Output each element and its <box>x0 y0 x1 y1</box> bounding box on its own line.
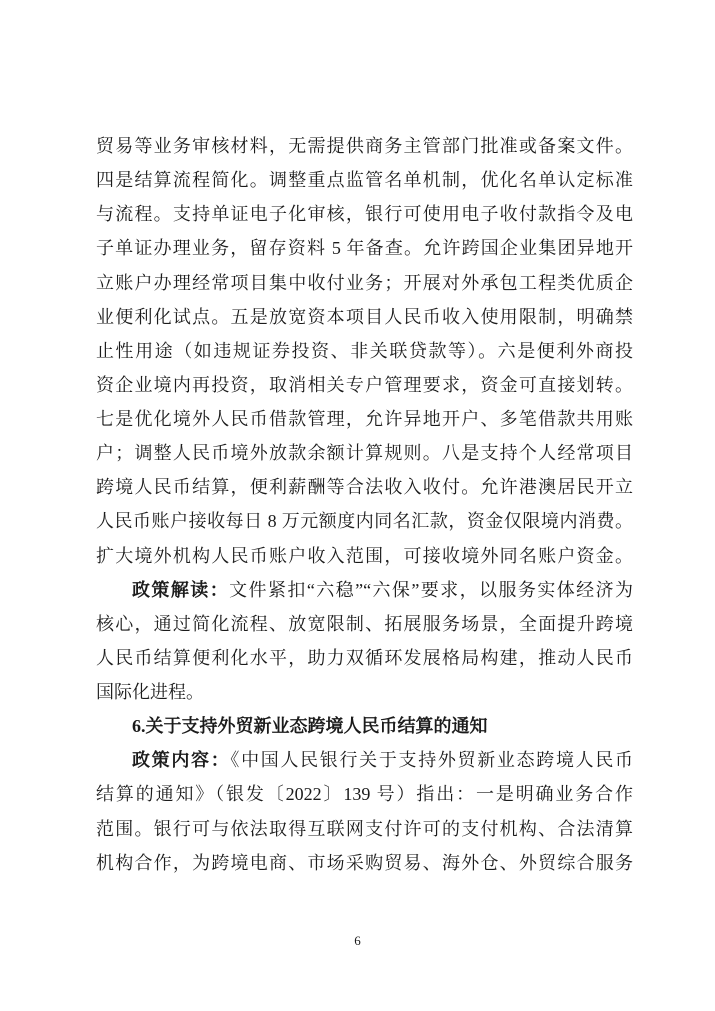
text-line: 国际化进程。 <box>96 675 633 709</box>
text-line: 机构合作，为跨境电商、市场采购贸易、海外仓、外贸综合服务 <box>96 846 633 880</box>
run-label-policy-interpretation: 政策解读： <box>132 580 229 600</box>
text-line: 范围。银行可与依法取得互联网支付许可的支付机构、合法清算 <box>96 812 633 846</box>
text-line: 业便利化试点。五是放宽资本项目人民币收入使用限制，明确禁 <box>96 300 633 334</box>
text-block: 贸易等业务审核材料，无需提供商务主管部门批准或备案文件。 四是结算流程简化。调整… <box>96 129 633 880</box>
text-line: 人民币结算便利化水平，助力双循环发展格局构建，推动人民币 <box>96 641 633 675</box>
text-line: 四是结算流程简化。调整重点监管名单机制，优化名单认定标准 <box>96 163 633 197</box>
text-line: 立账户办理经常项目集中收付业务；开展对外承包工程类优质企 <box>96 266 633 300</box>
text-line: 止性用途（如违规证券投资、非关联贷款等）。六是便利外商投 <box>96 334 633 368</box>
policy-interpretation-line: 政策解读：文件紧扣“六稳”“六保”要求，以服务实体经济为 <box>96 573 633 607</box>
policy-content-line: 政策内容：《中国人民银行关于支持外贸新业态跨境人民币 <box>96 743 633 777</box>
page-number: 6 <box>0 933 715 949</box>
text-line: 子单证办理业务，留存资料 5 年备查。允许跨国企业集团异地开 <box>96 231 633 265</box>
run-text: 文件紧扣“六稳”“六保”要求，以服务实体经济为 <box>229 580 633 600</box>
text-line: 贸易等业务审核材料，无需提供商务主管部门批准或备案文件。 <box>96 129 633 163</box>
text-line: 结算的通知》（银发〔2022〕139 号）指出：一是明确业务合作 <box>96 777 633 811</box>
text-line: 扩大境外机构人民币账户收入范围，可接收境外同名账户资金。 <box>96 539 633 573</box>
text-line: 资企业境内再投资，取消相关专户管理要求，资金可直接划转。 <box>96 368 633 402</box>
text-line: 核心，通过简化流程、放宽限制、拓展服务场景，全面提升跨境 <box>96 607 633 641</box>
document-page: 贸易等业务审核材料，无需提供商务主管部门批准或备案文件。 四是结算流程简化。调整… <box>0 0 715 1011</box>
text-line: 七是优化境外人民币借款管理，允许异地开户、多笔借款共用账 <box>96 402 633 436</box>
section-heading-line: 6.关于支持外贸新业态跨境人民币结算的通知 <box>96 709 633 743</box>
text-line: 户；调整人民币境外放款余额计算规则。八是支持个人经常项目 <box>96 436 633 470</box>
text-line: 人民币账户接收每日 8 万元额度内同名汇款，资金仅限境内消费。 <box>96 504 633 538</box>
run-label-policy-content: 政策内容： <box>132 750 230 770</box>
section-heading: 6.关于支持外贸新业态跨境人民币结算的通知 <box>132 716 488 736</box>
text-line: 跨境人民币结算，便利薪酬等合法收入收付。允许港澳居民开立 <box>96 470 633 504</box>
run-text: 《中国人民银行关于支持外贸新业态跨境人民币 <box>230 750 633 770</box>
text-line: 与流程。支持单证电子化审核，银行可使用电子收付款指令及电 <box>96 197 633 231</box>
